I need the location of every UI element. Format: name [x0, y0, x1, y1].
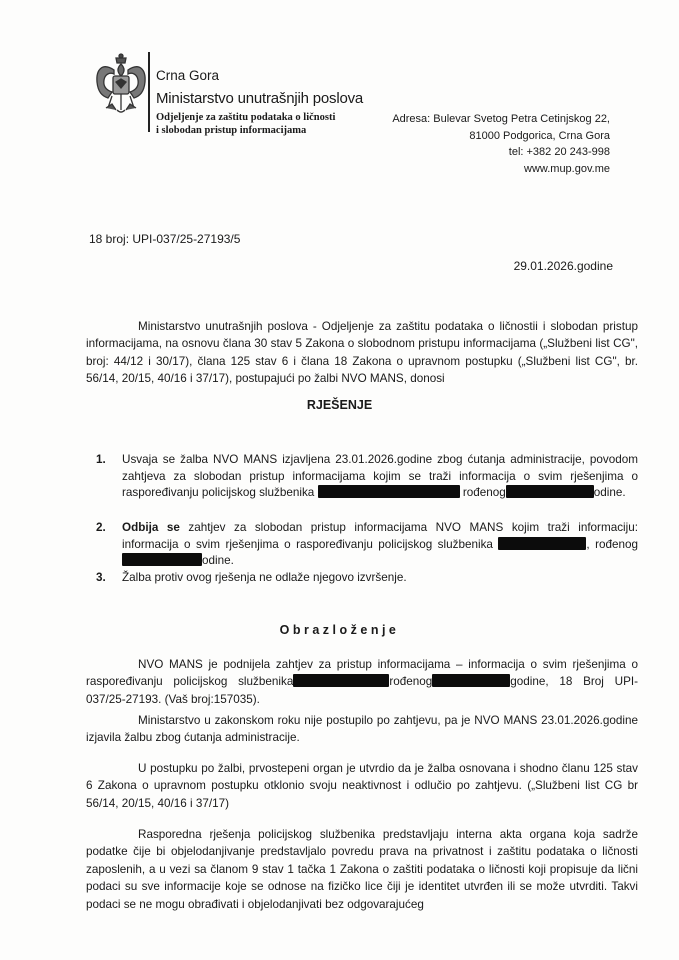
department-line-2: i slobodan pristup informacijama [156, 124, 335, 137]
item-number: 2. [96, 520, 106, 537]
redaction-bar [122, 553, 202, 566]
item-number: 3. [96, 570, 106, 587]
department-name: Odjeljenje za zaštitu podataka o ličnost… [156, 111, 335, 137]
document-date: 29.01.2026.godine [514, 259, 613, 273]
address-street: Adresa: Bulevar Svetog Petra Cetinjskog … [392, 111, 610, 128]
decision-item-2: 2. Odbija se zahtjev za slobodan pristup… [122, 520, 638, 570]
coat-of-arms-icon [92, 52, 150, 118]
paragraph-text-born: rođenog [389, 675, 432, 688]
intro-paragraph: Ministarstvo unutrašnjih poslova - Odjel… [86, 318, 638, 388]
decision-item-1: 1. Usvaja se žalba NVO MANS izjavljena 2… [122, 452, 638, 502]
item-bold-lead: Odbija se [122, 521, 180, 534]
reasoning-title: Obrazloženje [0, 623, 679, 637]
address-city: 81000 Podgorica, Crna Gora [392, 128, 610, 145]
item-text-end: odine. [594, 486, 626, 499]
redaction-bar [506, 485, 594, 498]
item-text-end: odine. [202, 554, 234, 567]
item-text-born: rođenog [463, 486, 506, 499]
reasoning-paragraph-4: Rasporedna rješenja policijskog službeni… [86, 826, 638, 913]
paragraph-text: Rasporedna rješenja policijskog službeni… [86, 828, 638, 911]
redaction-bar [318, 485, 460, 498]
decision-title: RJEŠENJE [0, 398, 679, 412]
decision-item-3: 3. Žalba protiv ovog rješenja ne odlaže … [122, 570, 638, 587]
header-divider [148, 52, 150, 132]
address-block: Adresa: Bulevar Svetog Petra Cetinjskog … [392, 111, 610, 177]
phone-number: tel: +382 20 243-998 [392, 144, 610, 161]
redaction-bar [432, 674, 510, 687]
item-text-born: , rođenog [586, 538, 638, 551]
reasoning-paragraph-2: Ministarstvo u zakonskom roku nije postu… [86, 712, 638, 747]
reasoning-paragraph-1: NVO MANS je podnijela zahtjev za pristup… [86, 656, 638, 708]
item-number: 1. [96, 452, 106, 469]
intro-text: Ministarstvo unutrašnjih poslova - Odjel… [86, 320, 638, 385]
item-text: Žalba protiv ovog rješenja ne odlaže nje… [122, 571, 407, 584]
reasoning-paragraph-3: U postupku po žalbi, prvostepeni organ j… [86, 760, 638, 812]
redaction-bar [498, 537, 586, 550]
country-name: Crna Gora [156, 68, 219, 83]
ministry-name: Ministarstvo unutrašnjih poslova [156, 90, 363, 107]
website: www.mup.gov.me [392, 161, 610, 178]
paragraph-text: Ministarstvo u zakonskom roku nije postu… [86, 714, 638, 744]
redaction-bar [293, 674, 389, 687]
paragraph-text: U postupku po žalbi, prvostepeni organ j… [86, 762, 638, 810]
reference-number: 18 broj: UPI-037/25-27193/5 [89, 232, 240, 246]
department-line-1: Odjeljenje za zaštitu podataka o ličnost… [156, 111, 335, 124]
